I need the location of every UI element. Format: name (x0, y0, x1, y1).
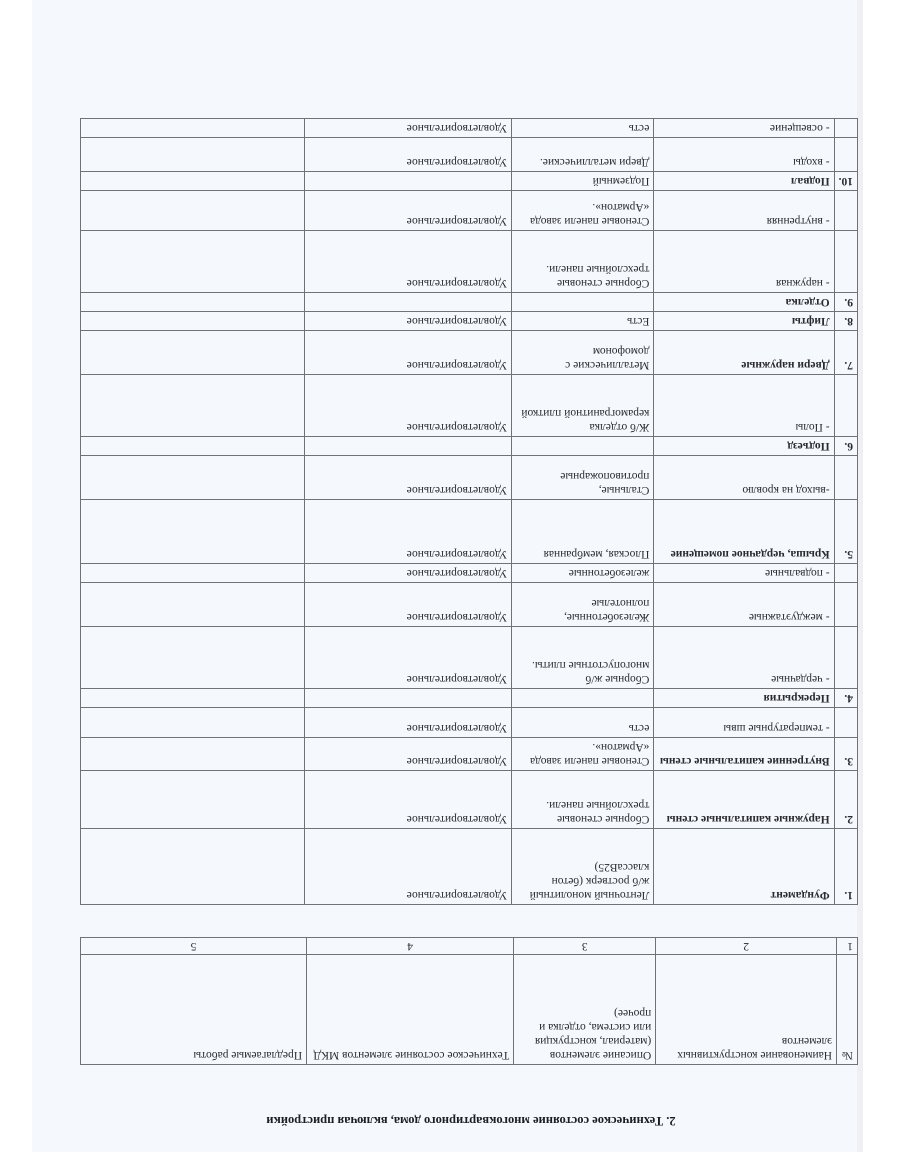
column-number: 1 (837, 938, 858, 955)
element-state: Удовлетворительное (305, 331, 512, 375)
element-name: -выход на кровлю (654, 456, 834, 500)
element-name: - Полы (654, 375, 834, 437)
proposed-works (81, 375, 305, 437)
element-description: Стальные, противопожарные (512, 456, 654, 500)
proposed-works (81, 456, 305, 500)
element-description: Подземный (512, 172, 654, 191)
element-state: Удовлетворительное (305, 627, 512, 689)
proposed-works (81, 119, 305, 138)
element-state: Удовлетворительное (305, 191, 512, 231)
table-row: - ПолыЖ/б отделка керамогранитной плитко… (81, 375, 858, 437)
element-name: Двери наружные (654, 331, 834, 375)
table-row: 2.Наружные капитальные стеныСборные стен… (81, 771, 858, 829)
element-name: Перекрытия (654, 689, 834, 708)
proposed-works (81, 500, 305, 564)
proposed-works (81, 738, 305, 771)
header-col-name: Наименование конструктивных элементов (656, 955, 837, 1065)
elements-table-body: 1.ФундаментЛенточный монолитный ж/б рост… (81, 119, 858, 905)
proposed-works (81, 708, 305, 738)
table-row: - междуэтажныеЖелезобетонные, полнотелые… (81, 583, 858, 627)
row-number: 4. (834, 689, 857, 708)
table-row: - входыДвери металлические.Удовлетворите… (81, 138, 858, 172)
row-number: 8. (834, 312, 857, 331)
column-number-row: 1 2 3 4 5 (81, 938, 858, 955)
scanned-page-rotated: 2. Техническое состояние многоквартирног… (0, 0, 901, 1166)
proposed-works (81, 312, 305, 331)
row-number: 5. (834, 500, 857, 564)
element-name: - освещение (654, 119, 834, 138)
row-number: 2. (834, 771, 857, 829)
element-name: - наружная (654, 231, 834, 293)
element-state: Удовлетворительное (305, 708, 512, 738)
row-number: 3. (834, 738, 857, 771)
element-name: - междуэтажные (654, 583, 834, 627)
proposed-works (81, 231, 305, 293)
row-number (834, 627, 857, 689)
table-row: - подвальныежелезобетонныеУдовлетворител… (81, 564, 858, 583)
header-row: № Наименование конструктивных элементов … (81, 955, 858, 1065)
element-description: Ж/б отделка керамогранитной плиткой (512, 375, 654, 437)
element-description (512, 689, 654, 708)
column-number: 5 (81, 938, 307, 955)
element-state: Удовлетворительное (305, 829, 512, 905)
element-state (305, 172, 512, 191)
column-number: 3 (514, 938, 656, 955)
proposed-works (81, 293, 305, 312)
element-state: Удовлетворительное (305, 583, 512, 627)
row-number (834, 456, 857, 500)
element-name: Подъезд (654, 437, 834, 456)
proposed-works (81, 689, 305, 708)
element-state: Удовлетворительное (305, 312, 512, 331)
proposed-works (81, 331, 305, 375)
table-row: - внутренняяСтеновые панели завода «Арма… (81, 191, 858, 231)
row-number: 6. (834, 437, 857, 456)
element-description: Железобетонные, полнотелые (512, 583, 654, 627)
element-description (512, 293, 654, 312)
table-row: -выход на кровлюСтальные, противопожарны… (81, 456, 858, 500)
proposed-works (81, 138, 305, 172)
proposed-works (81, 627, 305, 689)
element-state: Удовлетворительное (305, 138, 512, 172)
element-description: Стеновые панели завода «Арматон». (512, 738, 654, 771)
element-description: железобетонные (512, 564, 654, 583)
element-state: Удовлетворительное (305, 375, 512, 437)
element-description: есть (512, 119, 654, 138)
element-description: Есть (512, 312, 654, 331)
row-number (834, 708, 857, 738)
table-row: 1.ФундаментЛенточный монолитный ж/б рост… (81, 829, 858, 905)
row-number (834, 119, 857, 138)
table-row: 3.Внутренние капитальные стеныСтеновые п… (81, 738, 858, 771)
element-description: Сборные стеновые трехслойные панели. (512, 771, 654, 829)
header-col-number: № (837, 955, 858, 1065)
header-col-description: Описание элементов (материал, конструкци… (514, 955, 656, 1065)
element-state: Удовлетворительное (305, 771, 512, 829)
header-table: № Наименование конструктивных элементов … (80, 937, 858, 1065)
element-name: Внутренние капитальные стены (654, 738, 834, 771)
document-title: 2. Техническое состояние многоквартирног… (81, 1113, 861, 1128)
table-row: 9.Отделка (81, 293, 858, 312)
proposed-works (81, 437, 305, 456)
element-state: Удовлетворительное (305, 500, 512, 564)
table-row: 4.Перекрытия (81, 689, 858, 708)
element-state (305, 437, 512, 456)
table-row: - наружнаяСборные стеновые трехслойные п… (81, 231, 858, 293)
table-row: 10.ПодвалПодземный (81, 172, 858, 191)
element-name: Фундамент (654, 829, 834, 905)
element-description: Ленточный монолитный ж/б ростверк (бетон… (512, 829, 654, 905)
table-row: 8.ЛифтыЕстьУдовлетворительное (81, 312, 858, 331)
column-number: 2 (656, 938, 837, 955)
row-number: 10. (834, 172, 857, 191)
header-col-works: Предлагаемые работы (81, 955, 307, 1065)
element-name: Наружные капитальные стены (654, 771, 834, 829)
element-name: Отделка (654, 293, 834, 312)
element-name: - температурные швы (654, 708, 834, 738)
proposed-works (81, 172, 305, 191)
element-description: есть (512, 708, 654, 738)
row-number: 7. (834, 331, 857, 375)
row-number (834, 375, 857, 437)
element-state (305, 293, 512, 312)
row-number: 1. (834, 829, 857, 905)
row-number: 9. (834, 293, 857, 312)
element-description: Двери металлические. (512, 138, 654, 172)
element-state: Удовлетворительное (305, 231, 512, 293)
table-row: 5.Крыша, чердачное помещениеПлоская, мем… (81, 500, 858, 564)
element-state: Удовлетворительное (305, 564, 512, 583)
element-name: - внутренняя (654, 191, 834, 231)
element-name: Крыша, чердачное помещение (654, 500, 834, 564)
table-row: 6.Подъезд (81, 437, 858, 456)
element-description: Плоская, мембранная (512, 500, 654, 564)
row-number (834, 583, 857, 627)
element-description: Сборные ж/б многопустотные плиты. (512, 627, 654, 689)
table-row: - чердачныеСборные ж/б многопустотные пл… (81, 627, 858, 689)
proposed-works (81, 191, 305, 231)
element-description (512, 437, 654, 456)
proposed-works (81, 564, 305, 583)
element-name: - подвальные (654, 564, 834, 583)
column-number: 4 (307, 938, 514, 955)
element-description: Металлические с домофоном (512, 331, 654, 375)
element-name: Подвал (654, 172, 834, 191)
table-row: 7.Двери наружныеМеталлические с домофоно… (81, 331, 858, 375)
element-name: - чердачные (654, 627, 834, 689)
row-number (834, 191, 857, 231)
element-state: Удовлетворительное (305, 456, 512, 500)
element-state: Удовлетворительное (305, 738, 512, 771)
element-state (305, 689, 512, 708)
table-row: - температурные швыестьУдовлетворительно… (81, 708, 858, 738)
element-name: - входы (654, 138, 834, 172)
row-number (834, 231, 857, 293)
header-col-state: Техническое состояние элементов МКД (307, 955, 514, 1065)
proposed-works (81, 771, 305, 829)
row-number (834, 138, 857, 172)
element-name: Лифты (654, 312, 834, 331)
element-description: Стеновые панели завода «Арматон». (512, 191, 654, 231)
table-row: - освещениеестьУдовлетворительное (81, 119, 858, 138)
elements-table: 1.ФундаментЛенточный монолитный ж/б рост… (80, 118, 858, 905)
proposed-works (81, 583, 305, 627)
element-state: Удовлетворительное (305, 119, 512, 138)
element-description: Сборные стеновые трехслойные панели. (512, 231, 654, 293)
row-number (834, 564, 857, 583)
proposed-works (81, 829, 305, 905)
